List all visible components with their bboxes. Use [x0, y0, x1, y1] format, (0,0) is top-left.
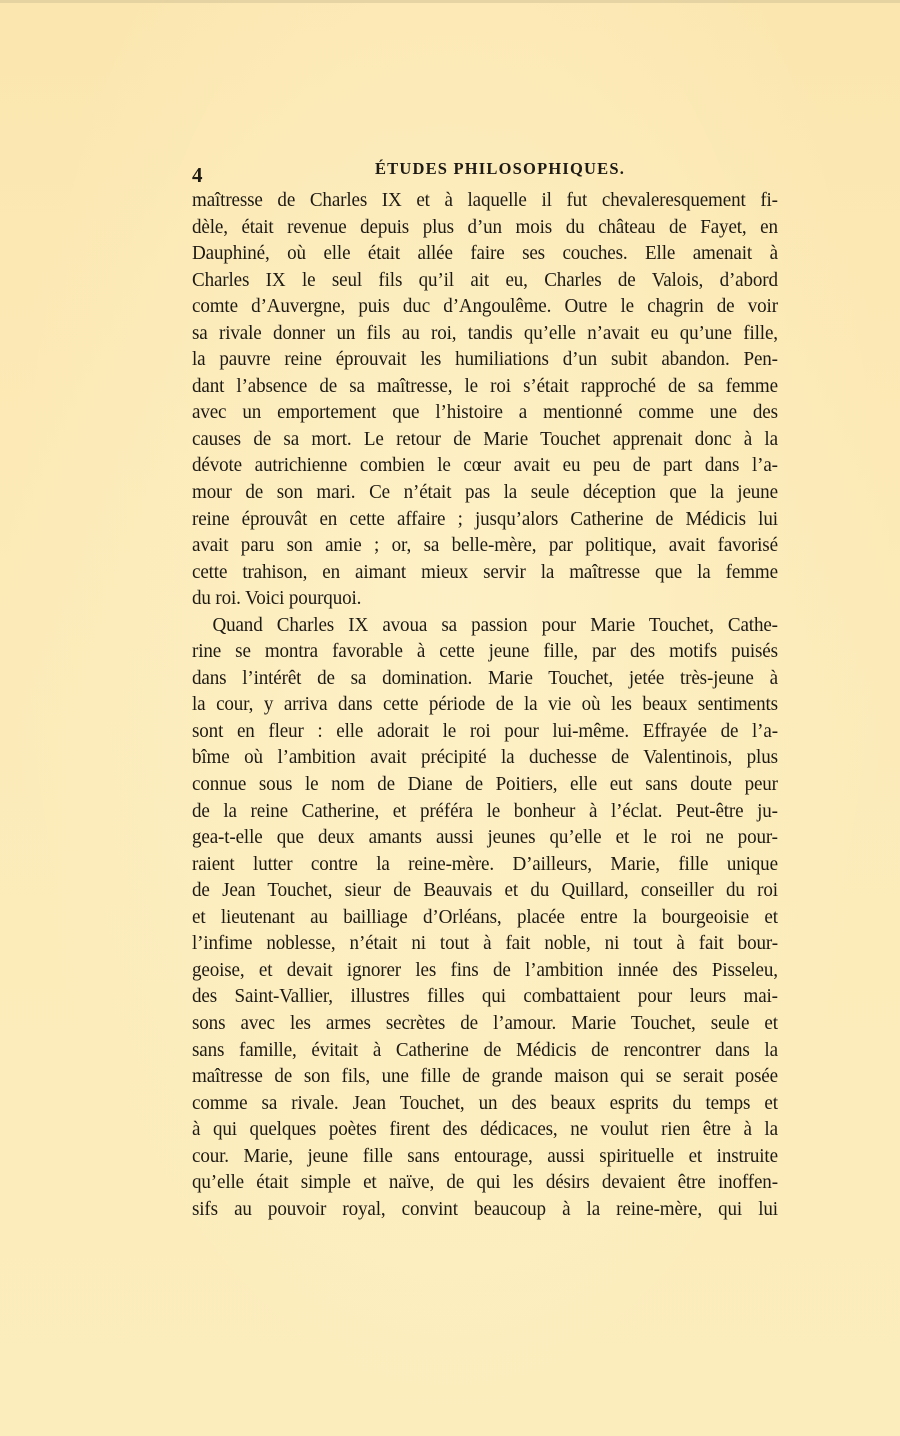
text-line: dans l’intérêt de sa domination. Marie T…	[192, 665, 778, 692]
text-line: geoise, et devait ignorer les fins de l’…	[192, 957, 778, 984]
body-text: maîtresse de Charles IX et à laquelle il…	[192, 187, 778, 1222]
text-line: Dauphiné, où elle était allée faire ses …	[192, 240, 778, 267]
text-line: cour. Marie, jeune fille sans entourage,…	[192, 1143, 778, 1170]
text-line: Charles IX le seul fils qu’il ait eu, Ch…	[192, 267, 778, 294]
text-line: gea-t-elle que deux amants aussi jeunes …	[192, 824, 778, 851]
text-line: reine éprouvât en cette affaire ; jusqu’…	[192, 506, 778, 533]
text-line: causes de sa mort. Le retour de Marie To…	[192, 426, 778, 453]
text-line: de Jean Touchet, sieur de Beauvais et du…	[192, 877, 778, 904]
text-line: qu’elle était simple et naïve, de qui le…	[192, 1169, 778, 1196]
book-page: 4 ÉTUDES PHILOSOPHIQUES. maîtresse de Ch…	[0, 0, 900, 1436]
text-line: mour de son mari. Ce n’était pas la seul…	[192, 479, 778, 506]
text-line: connue sous le nom de Diane de Poitiers,…	[192, 771, 778, 798]
text-line: comme sa rivale. Jean Touchet, un des be…	[192, 1090, 778, 1117]
text-line: avec un emportement que l’histoire a men…	[192, 399, 778, 426]
text-line: sans famille, évitait à Catherine de Méd…	[192, 1037, 778, 1064]
text-line: de la reine Catherine, et préféra le bon…	[192, 798, 778, 825]
text-line: sont en fleur : elle adorait le roi pour…	[192, 718, 778, 745]
text-line: maîtresse de son fils, une fille de gran…	[192, 1063, 778, 1090]
running-title: ÉTUDES PHILOSOPHIQUES.	[192, 159, 778, 179]
text-line: avait paru son amie ; or, sa belle-mère,…	[192, 532, 778, 559]
text-line: et lieutenant au bailliage d’Orléans, pl…	[192, 904, 778, 931]
paragraph-end-line: du roi. Voici pourquoi.	[192, 585, 778, 612]
text-line: la cour, y arriva dans cette période de …	[192, 691, 778, 718]
text-line: comte d’Auvergne, puis duc d’Angoulême. …	[192, 293, 778, 320]
text-line: dévote autrichienne combien le cœur avai…	[192, 452, 778, 479]
text-line: dèle, était revenue depuis plus d’un moi…	[192, 214, 778, 241]
text-line: la pauvre reine éprouvait les humiliatio…	[192, 346, 778, 373]
text-line: sifs au pouvoir royal, convint beaucoup …	[192, 1196, 778, 1223]
text-line: bîme où l’ambition avait précipité la du…	[192, 744, 778, 771]
text-line: sa rivale donner un fils au roi, tandis …	[192, 320, 778, 347]
text-line: raient lutter contre la reine-mère. D’ai…	[192, 851, 778, 878]
text-line: sons avec les armes secrètes de l’amour.…	[192, 1010, 778, 1037]
running-header: 4 ÉTUDES PHILOSOPHIQUES.	[192, 159, 778, 185]
text-line: dant l’absence de sa maîtresse, le roi s…	[192, 373, 778, 400]
text-line: des Saint-Vallier, illustres filles qui …	[192, 983, 778, 1010]
text-line: rine se montra favorable à cette jeune f…	[192, 638, 778, 665]
text-line: cette trahison, en aimant mieux servir l…	[192, 559, 778, 586]
text-line: à qui quelques poètes firent des dédicac…	[192, 1116, 778, 1143]
text-line: maîtresse de Charles IX et à laquelle il…	[192, 187, 778, 214]
text-line: l’infime noblesse, n’était ni tout à fai…	[192, 930, 778, 957]
paragraph-start-line: Quand Charles IX avoua sa passion pour M…	[192, 612, 778, 639]
